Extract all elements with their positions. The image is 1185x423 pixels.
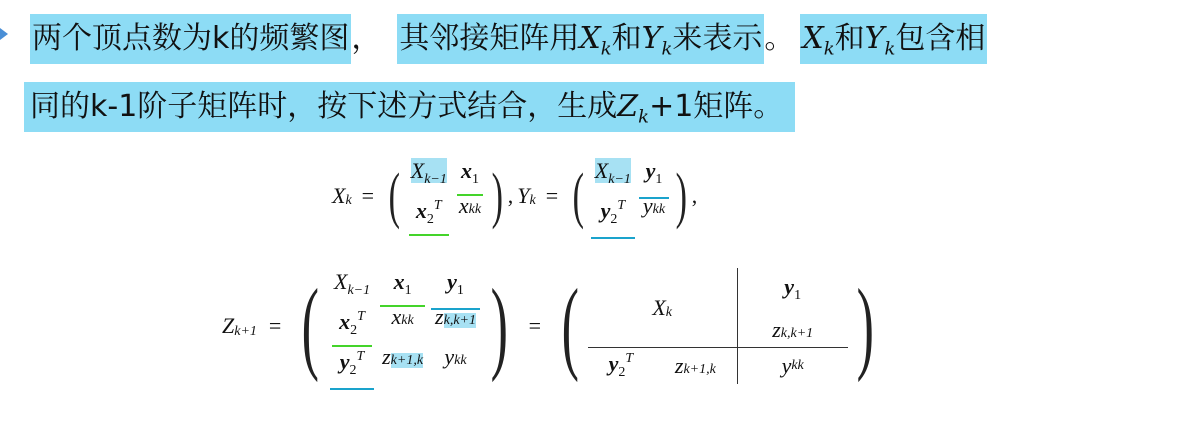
sup: T (625, 351, 633, 366)
block-top-right: y1 zk,k+1 (738, 268, 848, 348)
block-matrix: Xk y1 zk,k+1 y2T zk+1,k ykk (588, 268, 848, 384)
text-line-1: 两个顶点数为k的频繁图，其邻接矩阵用Xk和Yk来表示。Xk和Yk包含相 (0, 14, 987, 64)
sub: k−1 (347, 283, 370, 298)
comma: , (508, 183, 514, 209)
cell: Xk−1 (589, 158, 637, 193)
math-X: X (802, 21, 823, 56)
left-paren: ( (573, 165, 584, 227)
sym: x (416, 198, 427, 223)
equals-sign: = (529, 313, 541, 339)
matrix-Xk: Xk−1 x1 x2T xkk (405, 158, 487, 233)
cell: y1 (429, 269, 482, 304)
text-segment: 两个顶点数为k的频繁图 (32, 21, 349, 56)
sym: y (340, 349, 350, 374)
sub: k−1 (608, 172, 631, 187)
math-sub: k (884, 38, 895, 59)
equals-sign: = (546, 183, 558, 209)
equation-2: Zk+1 = ( Xk−1 x1 y1 x2T xkk zk,k+1 y2T z… (222, 268, 882, 384)
sup: T (617, 198, 625, 213)
sub: 1 (472, 172, 479, 187)
cell: y2T (328, 344, 376, 384)
sub: 1 (655, 172, 662, 187)
text-line-2: 同的k-1阶子矩阵时，按下述方式结合，生成Zk+1矩阵。 (0, 82, 795, 132)
math-Z: Z (617, 89, 638, 124)
sub: 2 (350, 363, 357, 378)
right-paren: ) (491, 276, 508, 376)
comma: ， (351, 21, 381, 56)
matrix-Z: Xk−1 x1 y1 x2T xkk zk,k+1 y2T zk+1,k ykk (328, 269, 482, 384)
left-paren: ( (302, 276, 319, 376)
sub: k,k+1 (444, 313, 476, 328)
cell: y2T (609, 351, 634, 381)
sym: X (334, 269, 347, 294)
sub: kk (469, 202, 481, 217)
math-sub: k (638, 106, 649, 127)
cell: x2T (328, 304, 376, 344)
text-segment: 来表示 (672, 21, 762, 56)
sub: 2 (618, 365, 625, 380)
math-sub: k (661, 38, 672, 59)
math-Y: Y (642, 21, 662, 56)
highlight-segment-3: Xk和Yk包含相 (800, 14, 987, 64)
sub: kk (653, 202, 665, 217)
text-segment: 同的k-1阶子矩阵时，按下述方式结合，生成 (30, 89, 617, 124)
sym: x (459, 193, 469, 218)
cell: zk+1,k (376, 344, 429, 384)
cell: ykk (429, 344, 482, 384)
sym: y (601, 198, 611, 223)
math-Yk: Y (517, 183, 529, 209)
comma: , (692, 183, 698, 209)
block-top-left: Xk (588, 268, 738, 348)
sub: 1 (405, 283, 412, 298)
equals-sign: = (362, 183, 374, 209)
equation-1: Xk = ( Xk−1 x1 x2T xkk ) , Yk = ( Xk−1 y… (332, 158, 697, 233)
sym: y (447, 269, 457, 294)
sym: z (435, 304, 444, 329)
highlight-segment-1: 两个顶点数为k的频繁图 (30, 14, 351, 64)
sym: x (394, 269, 405, 294)
sym: z (382, 344, 391, 369)
text-segment: 其邻接矩阵用 (399, 21, 579, 56)
sup: T (357, 349, 365, 364)
left-paren: ( (562, 276, 579, 376)
sup: T (434, 198, 442, 213)
cell: Xk−1 (328, 269, 376, 304)
cell: y1 (637, 158, 671, 193)
sub: kk (791, 358, 803, 374)
sub: k+1,k (683, 362, 715, 377)
sup: T (357, 309, 365, 324)
sub: 1 (794, 288, 801, 303)
math-sub: k (824, 38, 835, 59)
highlight-segment-2: 其邻接矩阵用Xk和Yk来表示 (397, 14, 764, 64)
sub: 2 (350, 323, 357, 338)
sym: y (609, 351, 619, 376)
cell: ykk (637, 193, 671, 233)
math-X: X (579, 21, 600, 56)
math-sub: k (601, 38, 612, 59)
highlight-segment-4: 同的k-1阶子矩阵时，按下述方式结合，生成Zk+1矩阵。 (24, 82, 795, 132)
right-paren: ) (492, 165, 503, 227)
cell: xkk (376, 304, 429, 344)
sub: 1 (457, 283, 464, 298)
cell: xkk (453, 193, 487, 233)
sub: kk (454, 353, 466, 368)
sym: y (643, 193, 653, 218)
cell: zk,k+1 (429, 304, 482, 344)
sub: k+1,k (391, 353, 423, 368)
cell: x1 (453, 158, 487, 193)
equals-sign: = (269, 313, 281, 339)
sub: 2 (427, 212, 434, 227)
sym: y (784, 274, 794, 299)
sub: k (666, 305, 672, 321)
math-sub: k (345, 193, 351, 209)
sym: z (772, 317, 781, 342)
sym: X (652, 295, 665, 321)
sub: k,k+1 (781, 326, 813, 341)
block-bottom-right: ykk (738, 348, 848, 384)
cell: Xk−1 (405, 158, 453, 193)
sym: x (461, 158, 472, 183)
cell: zk,k+1 (772, 317, 813, 343)
math-Y: Y (865, 21, 885, 56)
cell: y1 (784, 274, 801, 304)
period: 。 (764, 21, 794, 56)
sub: 2 (610, 212, 617, 227)
text-and: 和 (612, 21, 642, 56)
sub: k−1 (424, 172, 447, 187)
math-Xk: X (332, 183, 345, 209)
sym: X (595, 158, 608, 183)
sym: y (646, 158, 656, 183)
text-segment: 包含相 (895, 21, 985, 56)
sub: kk (401, 313, 413, 328)
sym: X (411, 158, 424, 183)
sym: x (339, 309, 350, 334)
cell: zk+1,k (675, 353, 716, 379)
math-sub: k (529, 193, 535, 209)
cell: y2T (589, 193, 637, 233)
right-paren: ) (676, 165, 687, 227)
right-paren: ) (856, 276, 873, 376)
sym: y (444, 344, 454, 369)
block-bottom-left: y2T zk+1,k (588, 348, 738, 384)
math-sub: k+1 (234, 324, 257, 340)
matrix-Yk: Xk−1 y1 y2T ykk (589, 158, 671, 233)
left-paren: ( (389, 165, 400, 227)
sym: y (782, 353, 792, 379)
text-segment: +1矩阵。 (649, 89, 783, 124)
sym: x (391, 304, 401, 329)
math-Z: Z (222, 313, 234, 339)
cell: x1 (376, 269, 429, 304)
text-and: 和 (835, 21, 865, 56)
cell: x2T (405, 193, 453, 233)
